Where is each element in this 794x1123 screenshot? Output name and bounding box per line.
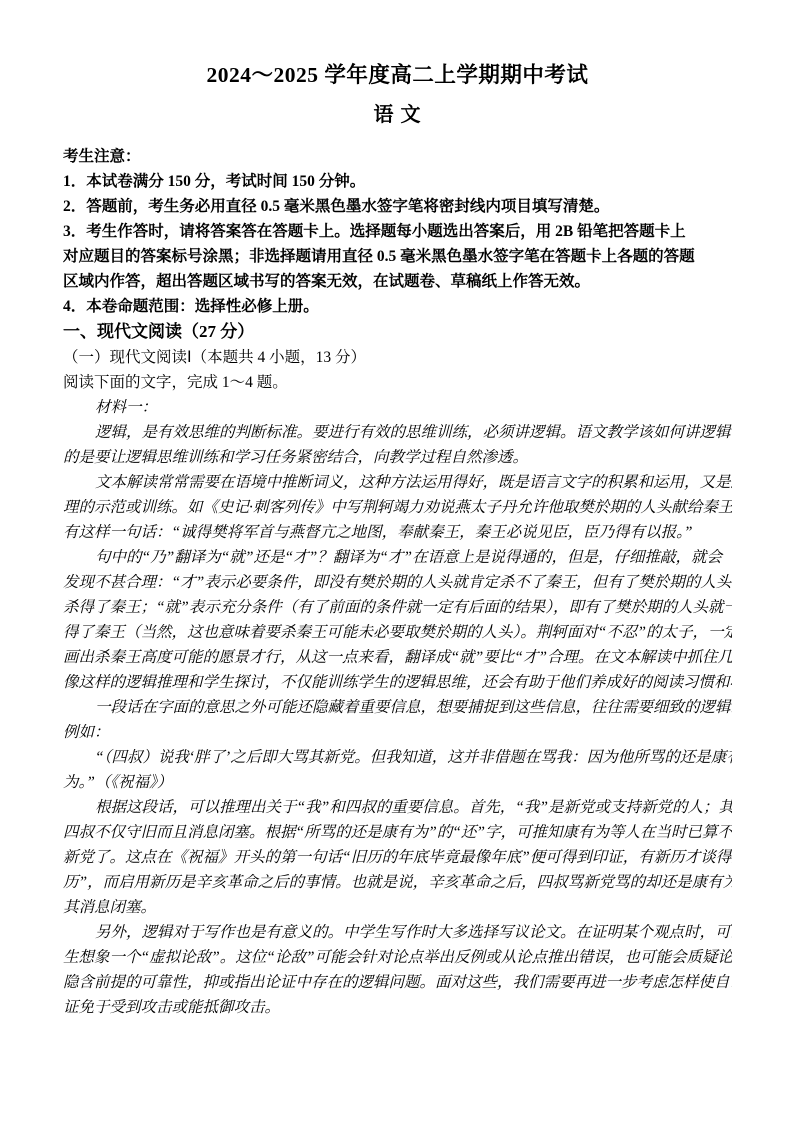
material-line: 四叔不仅守旧而且消息闭塞。根据“所骂的还是康有为”的“还”字，可推知康有为等人在…: [63, 820, 732, 845]
material-line: 得了秦王（当然，这也意味着要杀秦王可能未必要取樊於期的人头）。荆轲面对“不忍”的…: [63, 620, 732, 645]
section-heading: 一、现代文阅读（27 分）: [63, 319, 732, 345]
material-line: 一段话在字面的意思之外可能还隐藏着重要信息，想要捕捉到这些信息，往往需要细致的逻…: [63, 695, 732, 720]
material-line: 生想象一个“虚拟论敌”。这位“论敌”可能会针对论点举出反例或从论点推出错误，也可…: [63, 945, 732, 970]
material-line: 为。”（《祝福》）: [63, 770, 732, 795]
material-line: 逻辑，是有效思维的判断标准。要进行有效的思维训练，必须讲逻辑。语文教学该如何讲逻…: [63, 420, 732, 445]
notice-line: 4．本卷命题范围：选择性必修上册。: [63, 294, 732, 319]
material-line: 隐含前提的可靠性，抑或指出论证中存在的逻辑问题。面对这些，我们需要再进一步考虑怎…: [63, 970, 732, 995]
material-label: 材料一：: [63, 395, 732, 420]
material-line: 画出杀秦王高度可能的愿景才行，从这一点来看，翻译成“就”要比“才”合理。在文本解…: [63, 645, 732, 670]
material-line: 句中的“乃”翻译为“就”还是“才”？翻译为“才”在语意上是说得通的，但是，仔细推…: [63, 545, 732, 570]
material-line: 理的示范或训练。如《史记·刺客列传》中写荆轲竭力劝说燕太子丹允许他取樊於期的人头…: [63, 495, 732, 520]
page-title: 2024～2025 学年度高二上学期期中考试: [63, 60, 732, 90]
material-line: 其消息闭塞。: [63, 895, 732, 920]
material-line: 有这样一句话：“诚得樊将军首与燕督亢之地图，奉献秦王，秦王必说见臣，臣乃得有以报…: [63, 520, 732, 545]
notice-line: 对应题目的答案标号涂黑；非选择题请用直径 0.5 毫米黑色墨水签字笔在答题卡上各…: [63, 244, 732, 269]
candidate-notice: 考生注意： 1．本试卷满分 150 分，考试时间 150 分钟。 2．答题前，考…: [63, 144, 732, 319]
material-one-passage: 材料一： 逻辑，是有效思维的判断标准。要进行有效的思维训练，必须讲逻辑。语文教学…: [63, 395, 732, 1020]
subsection-heading: （一）现代文阅读Ⅰ（本题共 4 小题，13 分）: [63, 345, 732, 370]
material-line: 另外，逻辑对于写作也是有意义的。中学生写作时大多选择写议论文。在证明某个观点时，…: [63, 920, 732, 945]
material-line: 根据这段话，可以推理出关于“我”和四叔的重要信息。首先，“我”是新党或支持新党的…: [63, 795, 732, 820]
material-line: 的是要让逻辑思维训练和学习任务紧密结合，向教学过程自然渗透。: [63, 445, 732, 470]
material-line: 例如：: [63, 720, 732, 745]
notice-line: 1．本试卷满分 150 分，考试时间 150 分钟。: [63, 169, 732, 194]
material-line: 杀得了秦王；“就”表示充分条件（有了前面的条件就一定有后面的结果），即有了樊於期…: [63, 595, 732, 620]
material-line: “（四叔）说我‘胖了’之后即大骂其新党。但我知道，这并非借题在骂我：因为他所骂的…: [63, 745, 732, 770]
reading-instruction: 阅读下面的文字，完成 1～4 题。: [63, 370, 732, 395]
notice-line: 2．答题前，考生务必用直径 0.5 毫米黑色墨水签字笔将密封线内项目填写清楚。: [63, 194, 732, 219]
subject-title: 语 文: [63, 102, 732, 129]
exam-paper-page: 2024～2025 学年度高二上学期期中考试 语 文 考生注意： 1．本试卷满分…: [0, 0, 794, 1123]
notice-line: 区域内作答，超出答题区域书写的答案无效，在试题卷、草稿纸上作答无效。: [63, 269, 732, 294]
notice-line: 3．考生作答时，请将答案答在答题卡上。选择题每小题选出答案后，用 2B 铅笔把答…: [63, 219, 732, 244]
material-line: 发现不甚合理：“才”表示必要条件，即没有樊於期的人头就肯定杀不了秦王，但有了樊於…: [63, 570, 732, 595]
material-line: 文本解读常常需要在语境中推断词义，这种方法运用得好，既是语言文字的积累和运用，又…: [63, 470, 732, 495]
notice-heading: 考生注意：: [63, 144, 732, 169]
material-line: 像这样的逻辑推理和学生探讨，不仅能训练学生的逻辑思维，还会有助于他们养成好的阅读…: [63, 670, 732, 695]
material-line: 证免于受到攻击或能抵御攻击。: [63, 995, 732, 1020]
material-line: 历”，而启用新历是辛亥革命之后的事情。也就是说，辛亥革命之后，四叔骂新党骂的却还…: [63, 870, 732, 895]
material-line: 新党了。这点在《祝福》开头的第一句话“旧历的年底毕竟最像年底”便可得到印证，有新…: [63, 845, 732, 870]
